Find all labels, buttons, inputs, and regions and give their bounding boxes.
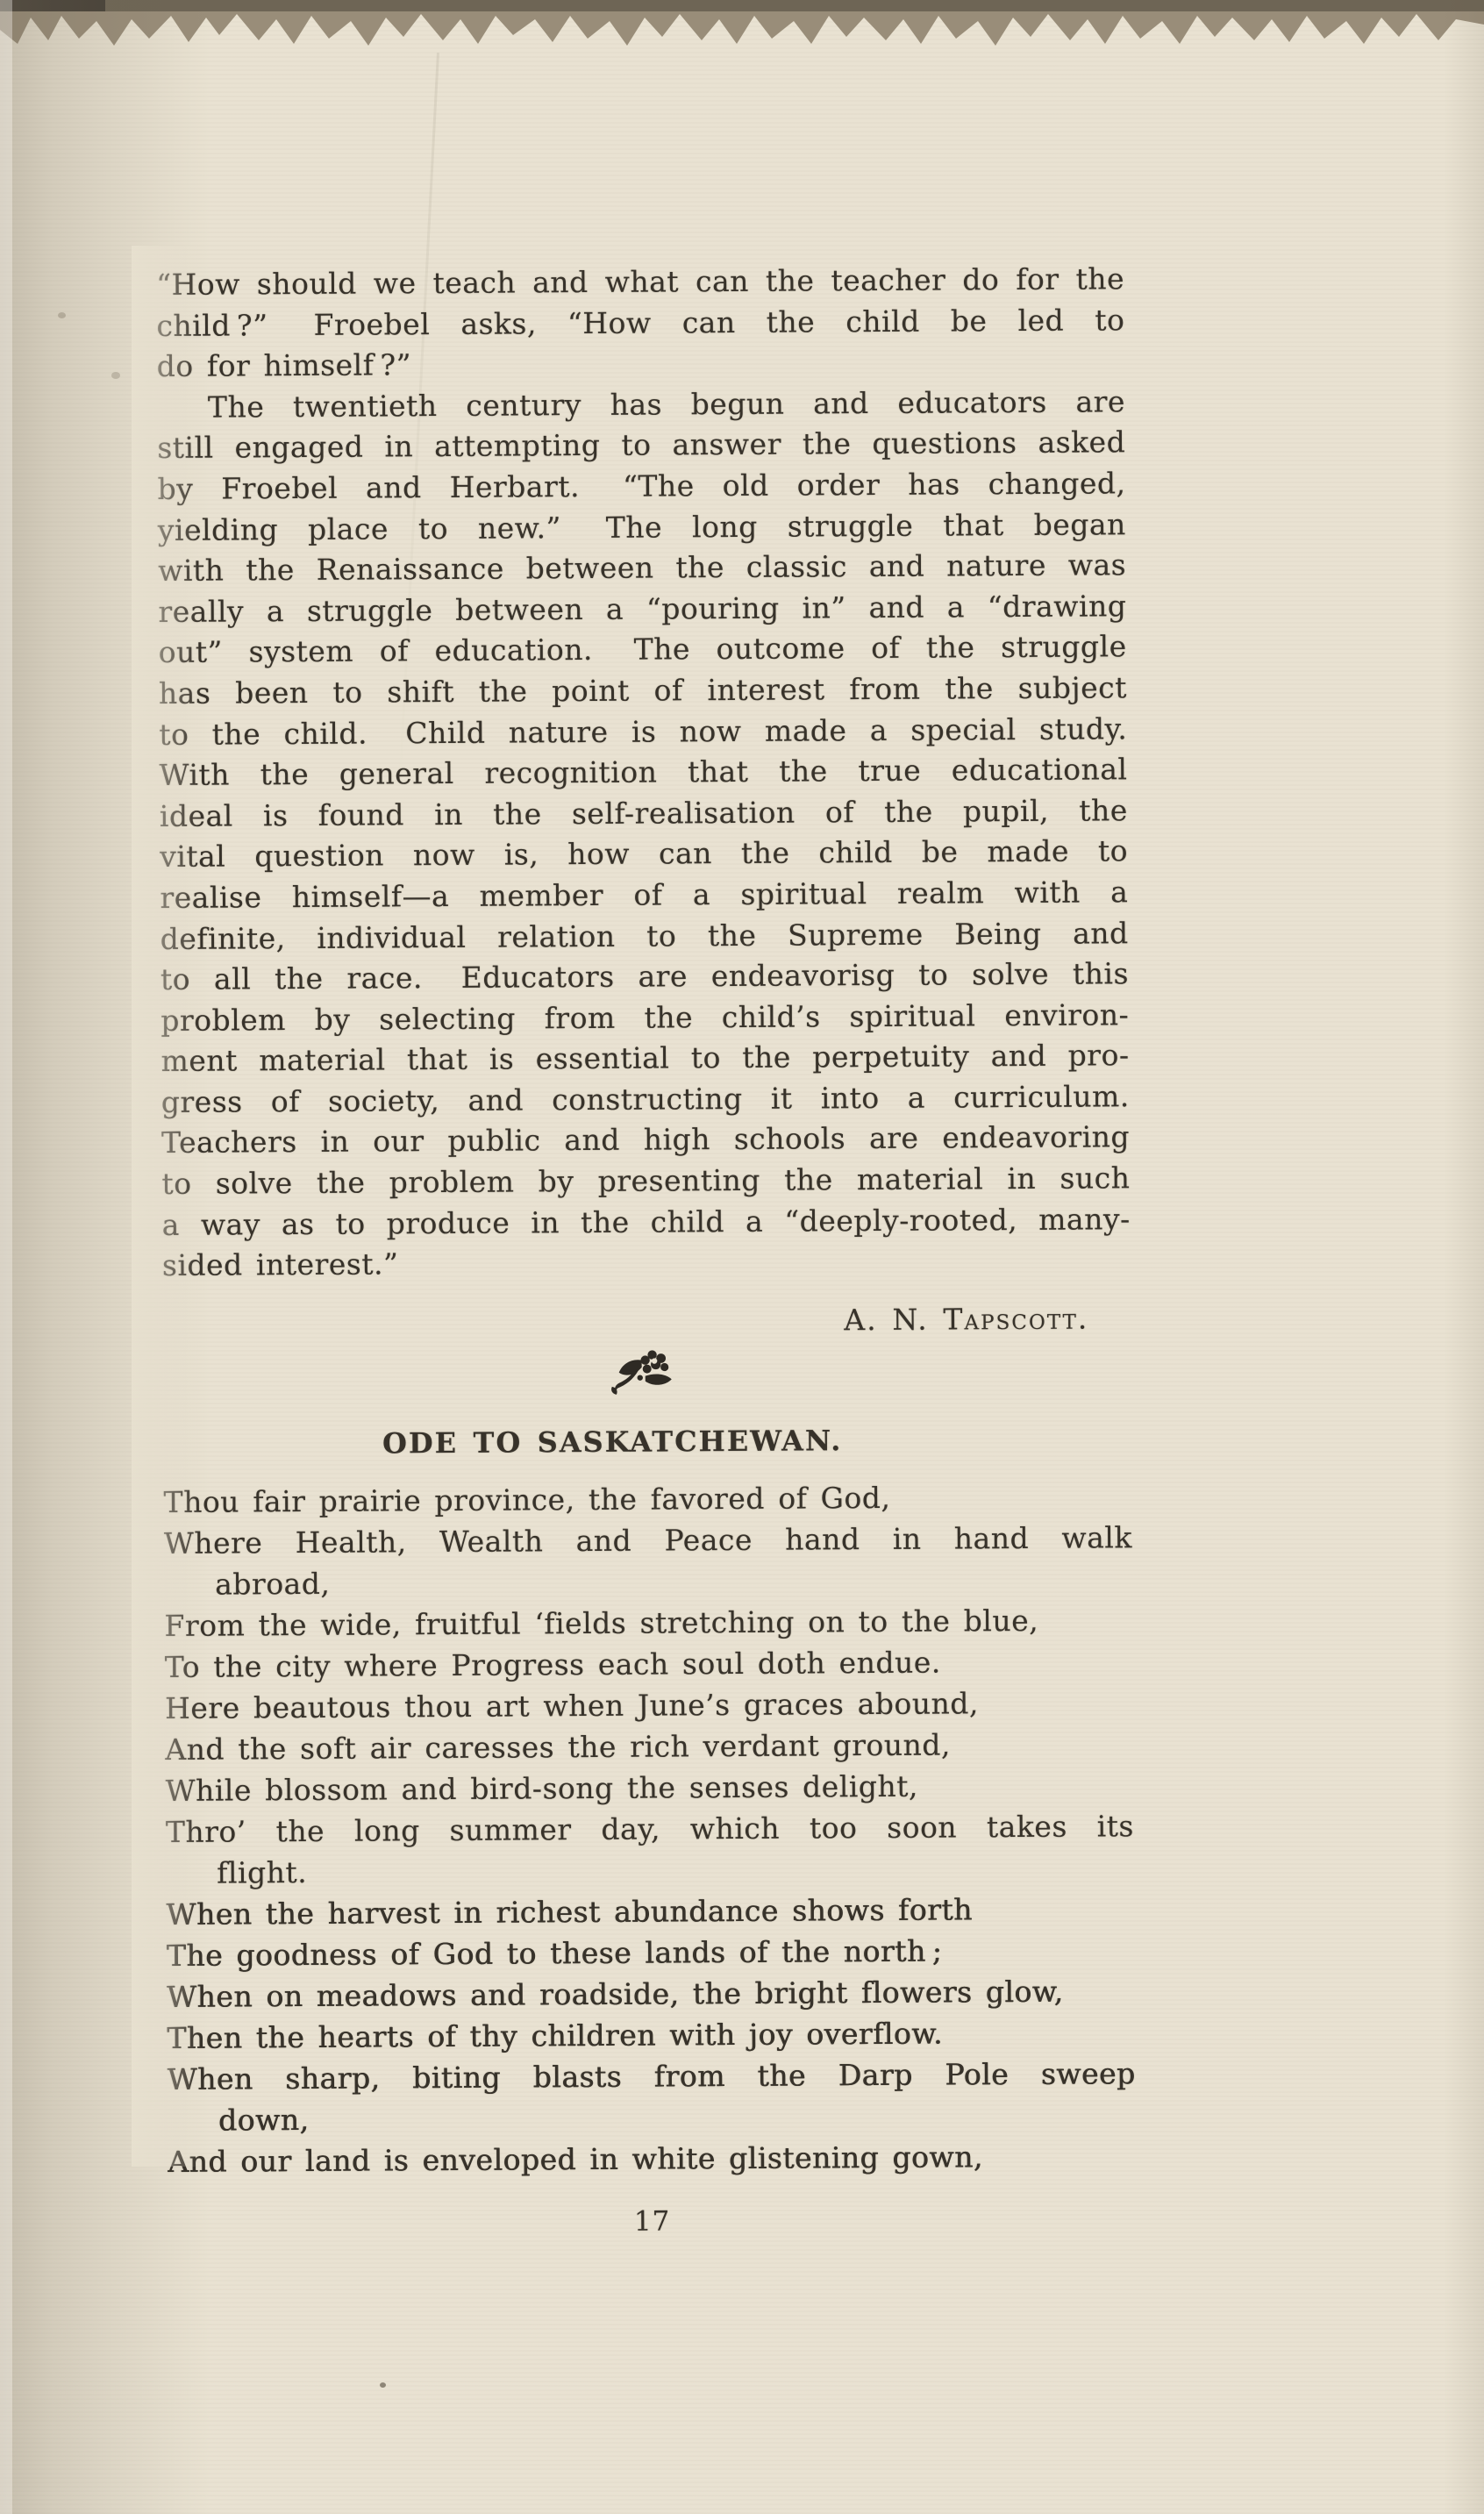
page-number: 17 <box>168 2198 1137 2245</box>
essay-line: definite, individual relation to the Sup… <box>161 913 1129 960</box>
essay-line: vital question now is, how can the child… <box>160 832 1128 878</box>
essay-line: The twentieth century has begun and educ… <box>157 382 1125 428</box>
essay-line: to the child. Child nature is now made a… <box>159 709 1127 755</box>
essay-line: with the Renaissance between the classic… <box>158 545 1126 591</box>
poem-line: When on meadows and roadside, the bright… <box>167 1970 1135 2018</box>
essay-line: to all the race. Educators are endeavori… <box>161 953 1129 1000</box>
page-left-edge-highlight <box>0 0 12 2514</box>
essay-line: sided interest.” <box>162 1239 1131 1286</box>
essay-line: With the general recognition that the tr… <box>159 749 1127 796</box>
poem-line: Then the hearts of thy children with joy… <box>167 2011 1135 2059</box>
poem-line: abroad, <box>164 1558 1132 1605</box>
essay-line: by Froebel and Herbart. “The old order h… <box>157 463 1125 510</box>
essay-line: to solve the problem by presenting the m… <box>161 1158 1130 1204</box>
essay-line: ideal is found in the self-realisation o… <box>160 790 1128 837</box>
poem-line: When sharp, biting blasts from the Darp … <box>167 2053 1135 2100</box>
poem-line: And the soft air caresses the rich verda… <box>165 1723 1133 1770</box>
poem-line: And our land is enveloped in white glist… <box>168 2135 1136 2182</box>
essay-line: child ?” Froebel asks, “How can the chil… <box>156 300 1124 346</box>
poem-line: flight. <box>166 1846 1134 1894</box>
essay-line: still engaged in attempting to answer th… <box>157 423 1125 469</box>
poem-line: While blossom and bird-song the senses d… <box>165 1764 1133 1811</box>
poem-line: Thro’ the long summer day, which too soo… <box>166 1805 1134 1853</box>
section-divider <box>163 1345 1131 1400</box>
text-column: “How should we teach and what can the te… <box>156 259 1137 2245</box>
poem-line: When the harvest in richest abundance sh… <box>166 1888 1134 1935</box>
poem-line: down, <box>168 2094 1136 2141</box>
essay-line: gress of society, and constructing it in… <box>161 1076 1130 1123</box>
poem-line: To the city where Progress each soul dot… <box>165 1640 1133 1688</box>
poem-line: Here beautous thou art when June’s grace… <box>165 1682 1133 1729</box>
poem-line: Where Health, Wealth and Peace hand in h… <box>164 1517 1132 1564</box>
essay-line: do for himself ?” <box>157 340 1125 387</box>
poem-title: ODE TO SASKATCHEWAN. <box>128 1418 1096 1466</box>
scanned-book-page: { "page": { "number": "17", "background_… <box>0 0 1484 2514</box>
poem-line: From the wide, fruitful ‘fields stretchi… <box>164 1599 1132 1646</box>
author-signature: A. N. Tapscott. <box>162 1298 1131 1345</box>
essay-text-block: “How should we teach and what can the te… <box>156 259 1131 1287</box>
page-deckle-edge <box>0 0 1484 61</box>
floral-sprig-icon <box>607 1347 679 1396</box>
poem-line: Thou fair prairie province, the favored … <box>163 1475 1131 1523</box>
essay-line: “How should we teach and what can the te… <box>156 259 1124 305</box>
poem-line: The goodness of God to these lands of th… <box>167 1929 1135 1976</box>
paper-speck <box>58 312 66 318</box>
essay-line: has been to shift the point of interest … <box>159 668 1127 714</box>
essay-line: really a struggle between a “pouring in”… <box>158 586 1126 632</box>
essay-line: problem by selecting from the child’s sp… <box>161 995 1129 1041</box>
essay-line: out” system of education. The outcome of… <box>159 627 1127 674</box>
essay-line: Teachers in our public and high schools … <box>161 1118 1130 1164</box>
poem-text-block: Thou fair prairie province, the favored … <box>163 1475 1136 2182</box>
paper-speck <box>380 2382 386 2388</box>
deckle-edge-graphic <box>0 0 1484 61</box>
essay-line: yielding place to new.” The long struggl… <box>158 504 1126 551</box>
essay-line: realise himself—a member of a spiritual … <box>160 872 1128 918</box>
essay-line: a way as to produce in the child a “deep… <box>162 1199 1131 1246</box>
paper-speck <box>111 372 120 379</box>
essay-line: ment material that is essential to the p… <box>161 1036 1129 1082</box>
page-right-edge-shade <box>1444 0 1484 2514</box>
